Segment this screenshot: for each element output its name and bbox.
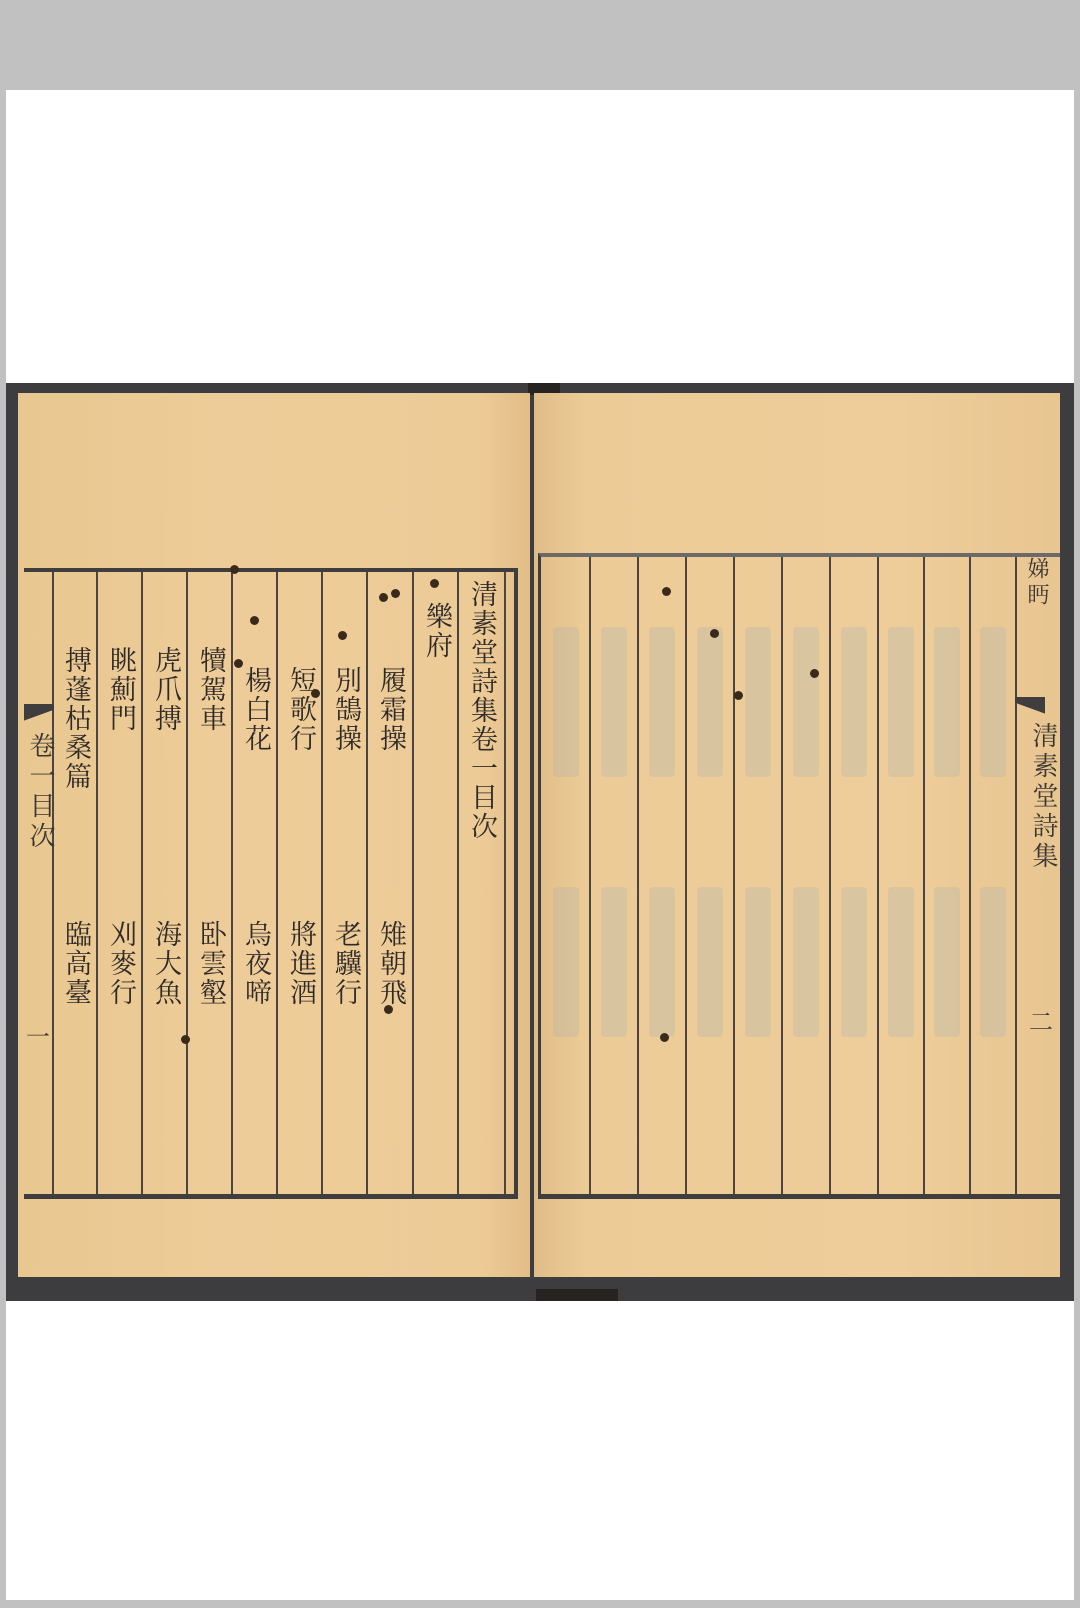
worm-hole: [391, 589, 400, 598]
margin-title: 清素堂詩集: [1025, 722, 1062, 872]
page-number: 二: [1029, 1002, 1053, 1037]
left-page: 清素堂詩集卷一目次 樂府 履霜操 別鵠操 短歌行 楊白花 犢駕車 虎爪搏 眺薊門…: [18, 393, 530, 1277]
bleed-through-text: [735, 627, 781, 777]
bleed-through-text: [639, 627, 685, 777]
toc-entry: 老驥行: [323, 920, 367, 1007]
worm-hole: [234, 659, 243, 668]
bleed-through-text: [687, 887, 733, 1037]
bleed-through-text: [924, 627, 970, 777]
bleed-through-text: [639, 887, 685, 1037]
bleed-through-text: [783, 627, 829, 777]
bleed-through-text: [783, 887, 829, 1037]
toc-entry: 虎爪搏: [143, 646, 187, 733]
toc-entry: 犢駕車: [188, 646, 232, 733]
toc-entry: 眺薊門: [98, 646, 142, 733]
toc-entry: 卧雲壑: [188, 920, 232, 1007]
bleed-through-text: [831, 627, 877, 777]
bleed-through-text: [831, 887, 877, 1037]
book-scan: 清素堂詩集卷一目次 樂府 履霜操 別鵠操 短歌行 楊白花 犢駕車 虎爪搏 眺薊門…: [6, 383, 1074, 1301]
bleed-through-text: [878, 887, 924, 1037]
bleed-through-text: [543, 627, 589, 777]
bleed-through-text: [878, 627, 924, 777]
bleed-through-text: [591, 887, 637, 1037]
worm-hole: [810, 669, 819, 678]
worm-hole: [662, 587, 671, 596]
worm-hole: [230, 565, 239, 574]
bleed-through-text: [735, 887, 781, 1037]
toc-heading-column: 清素堂詩集卷一目次: [459, 580, 503, 841]
fish-tail-mark: [24, 704, 54, 726]
toc-entry: 搏蓬枯桑篇: [53, 646, 97, 791]
worm-hole: [384, 1005, 393, 1014]
bleed-through-text: [970, 887, 1016, 1037]
section-column: 樂府: [414, 602, 458, 660]
worm-hole: [660, 1033, 669, 1042]
toc-entry: 短歌行: [278, 666, 322, 753]
margin-title: 卷一目次: [22, 732, 59, 852]
worm-hole: [338, 631, 347, 640]
toc-entry: 將進酒: [278, 920, 322, 1007]
worm-hole: [250, 616, 259, 625]
toc-entry: 別鵠操: [323, 666, 367, 753]
toc-entry: 履霜操: [368, 666, 412, 753]
column-rule: [412, 572, 414, 1194]
bleed-through-text: [543, 887, 589, 1037]
spine-bottom: [536, 1289, 618, 1301]
toc-entry: 海大魚: [143, 920, 187, 1007]
worm-hole: [379, 593, 388, 602]
margin-top-text: 娣眄: [1021, 557, 1052, 609]
worm-hole: [710, 629, 719, 638]
toc-entry: 烏夜啼: [233, 920, 277, 1007]
worm-hole: [430, 579, 439, 588]
worm-hole: [734, 691, 743, 700]
page-number: 一: [26, 1017, 50, 1052]
toc-heading: 清素堂詩集卷一目次: [459, 580, 503, 841]
toc-entry: 刈麥行: [98, 920, 142, 1007]
fish-tail-mark: [1015, 697, 1045, 719]
worm-hole: [181, 1035, 190, 1044]
left-page-frame: 清素堂詩集卷一目次 樂府 履霜操 別鵠操 短歌行 楊白花 犢駕車 虎爪搏 眺薊門…: [24, 568, 518, 1199]
bleed-through-text: [924, 887, 970, 1037]
section-label: 樂府: [414, 602, 458, 660]
bleed-through-text: [970, 627, 1016, 777]
column-rule: [504, 572, 506, 1194]
right-page-frame: 娣眄 清素堂詩集 二: [538, 553, 1060, 1199]
toc-entry: 臨高臺: [53, 920, 97, 1007]
bleed-through-text: [687, 627, 733, 777]
toc-entry: 雉朝飛: [368, 920, 412, 1007]
bleed-through-text: [591, 627, 637, 777]
toc-entry: 楊白花: [233, 666, 277, 753]
worm-hole: [311, 689, 320, 698]
right-page: 娣眄 清素堂詩集 二: [534, 393, 1060, 1277]
